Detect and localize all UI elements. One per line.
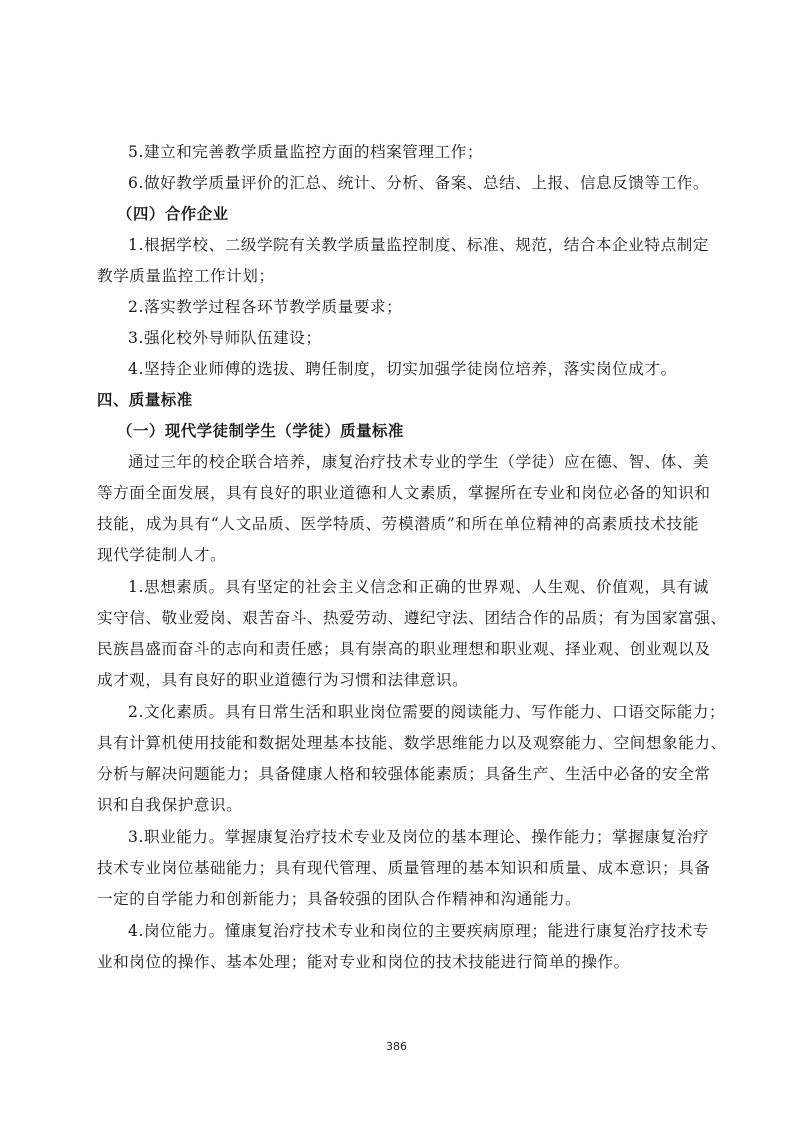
intro-paragraph-line: 现代学徒制人才。 xyxy=(97,545,226,565)
professional-ability-line: 3.职业能力。掌握康复治疗技术专业及岗位的基本理论、操作能力；掌握康复治疗 xyxy=(128,827,699,847)
enterprise-item-2: 2.落实教学过程各环节教学质量要求； xyxy=(128,297,402,317)
professional-ability-line: 一定的自学能力和创新能力；具备较强的团队合作精神和沟通能力。 xyxy=(97,889,581,909)
ideology-quality-line: 民族昌盛而奋斗的志向和责任感；具有崇高的职业理想和职业观、择业观、创业观以及 xyxy=(97,639,699,659)
enterprise-item-4: 4.坚持企业师傅的选拔、聘任制度，切实加强学徒岗位培养，落实岗位成才。 xyxy=(128,359,677,379)
position-ability-line: 业和岗位的操作、基本处理；能对专业和岗位的技术技能进行简单的操作。 xyxy=(97,952,630,972)
ideology-quality-line: 实守信、敬业爱岗、艰苦奋斗、热爱劳动、遵纪守法、团结合作的品质；有为国家富强、 xyxy=(97,608,699,628)
intro-paragraph-line: 技能，成为具有“人文品质、医学特质、劳模潜质”和所在单位精神的高素质技术技能 xyxy=(97,514,699,534)
cultural-quality-line: 分析与解决问题能力；具备健康人格和较强体能素质；具备生产、生活中必备的安全常 xyxy=(97,764,699,784)
section-heading-apprentice-standard: （一）现代学徒制学生（学徒）质量标准 xyxy=(117,421,404,441)
chapter-heading-quality-standard: 四、质量标准 xyxy=(97,390,193,410)
enterprise-item-1-cont: 教学质量监控工作计划； xyxy=(97,266,275,286)
ideology-quality-line: 成才观，具有良好的职业道德行为习惯和法律意识。 xyxy=(97,670,468,690)
position-ability-line: 4.岗位能力。懂康复治疗技术专业和岗位的主要疾病原理；能进行康复治疗技术专 xyxy=(128,921,699,941)
section-heading-partner-enterprise: （四）合作企业 xyxy=(117,204,229,224)
professional-ability-line: 技术专业岗位基础能力；具有现代管理、质量管理的基本知识和质量、成本意识；具备 xyxy=(97,858,699,878)
ideology-quality-line: 1.思想素质。具有坚定的社会主义信念和正确的世界观、人生观、价值观，具有诚 xyxy=(128,577,699,597)
cultural-quality-line: 识和自我保护意识。 xyxy=(97,795,242,815)
intro-paragraph-line: 等方面全面发展，具有良好的职业道德和人文素质，掌握所在专业和岗位必备的知识和 xyxy=(97,483,699,503)
enterprise-item-3: 3.强化校外导师队伍建设； xyxy=(128,328,322,348)
item-5-archive: 5.建立和完善教学质量监控方面的档案管理工作； xyxy=(128,142,483,162)
cultural-quality-line: 具有计算机使用技能和数据处理基本技能、数学思维能力以及观察能力、空间想象能力、 xyxy=(97,733,699,753)
cultural-quality-line: 2.文化素质。具有日常生活和职业岗位需要的阅读能力、写作能力、口语交际能力； xyxy=(128,702,699,722)
page-number: 386 xyxy=(0,1040,793,1053)
enterprise-item-1: 1.根据学校、二级学院有关教学质量监控制度、标准、规范，结合本企业特点制定 xyxy=(128,235,699,255)
item-6-summary: 6.做好教学质量评价的汇总、统计、分析、备案、总结、上报、信息反馈等工作。 xyxy=(128,173,709,193)
intro-paragraph-line: 通过三年的校企联合培养，康复治疗技术专业的学生（学徒）应在德、智、体、美 xyxy=(128,452,699,472)
